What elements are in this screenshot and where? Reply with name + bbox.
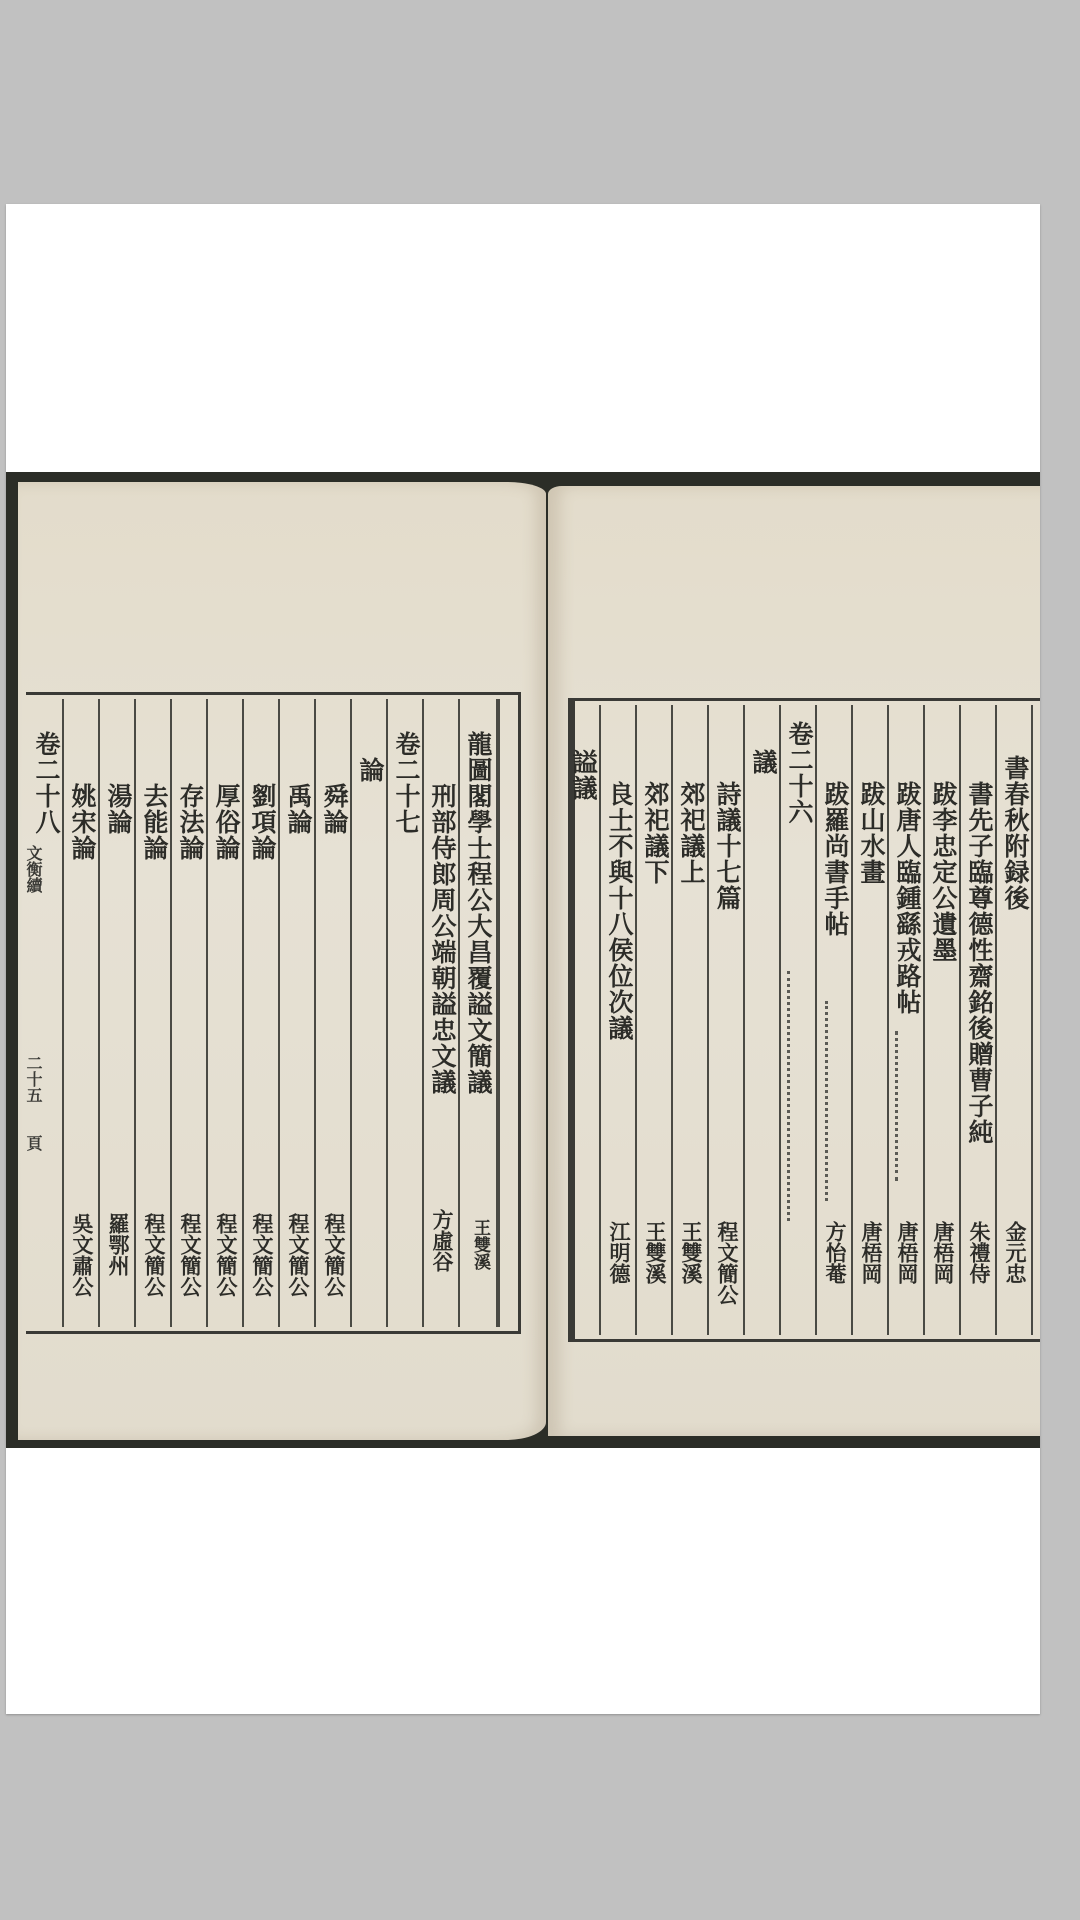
column-rule [170,699,172,1327]
toc-title: 劉項論 [246,783,278,861]
left-page: 文衡續 二十五 頁 龍圖閣學士程公大昌覆謚文簡議 王雙溪 刑部侍郎周公端朝謚忠文… [18,482,546,1440]
toc-author: 朱禮侍 [967,1221,991,1284]
toc-title: 存法論 [174,783,206,861]
toc-title: 跋李忠定公遺墨 [927,781,959,963]
toc-title: 去能論 [138,783,170,861]
toc-title: 良士不與十八侯位次議 [603,781,635,1041]
column-rule [1031,705,1033,1335]
column-rule [815,705,817,1335]
toc-author: 唐梧岡 [895,1221,919,1284]
toc-title: 姚宋論 [66,783,98,861]
column-rule [671,705,673,1335]
section-heading: 謚議 [567,749,599,801]
blockheart-chapter: 二十五 [1039,1121,1040,1169]
blockheart-chapter: 二十五 [22,1055,45,1103]
toc-author: 唐梧岡 [859,1221,883,1284]
column-rule [995,705,997,1335]
column-rule [635,705,637,1335]
toc-title: 龍圖閣學士程公大昌覆謚文簡議 [462,731,494,1095]
column-rule [707,705,709,1335]
volume-heading: 卷二十七 [390,731,422,835]
toc-author: 江明德 [607,1221,631,1284]
column-rule [62,699,64,1327]
column-rule [206,699,208,1327]
column-rule [458,699,460,1327]
blockheart-title: 次目録 [1039,711,1040,759]
toc-author: 王雙溪 [643,1221,667,1284]
column-rule [743,705,745,1335]
column-rule [98,699,100,1327]
toc-author: 程文簡公 [322,1213,346,1297]
toc-title: 刑部侍郎周公端朝謚忠文議 [426,783,458,1095]
toc-title: 郊祀議下 [639,781,671,885]
right-printed-block: 次目録 二十五 書春秋附録後 金元忠 書先子臨尊德性齋銘後贈曹子純 朱禮侍 跋李… [568,698,1040,1342]
ink-smudge [895,1031,904,1181]
toc-author: 羅鄂州 [106,1213,130,1276]
toc-author: 程文簡公 [286,1213,310,1297]
column-rule [386,699,388,1327]
toc-title: 舜論 [318,783,350,835]
toc-author: 程文簡公 [178,1213,202,1297]
column-rule [887,705,889,1335]
toc-title: 湯論 [102,783,134,835]
column-rule [350,699,352,1327]
left-printed-block: 文衡續 二十五 頁 龍圖閣學士程公大昌覆謚文簡議 王雙溪 刑部侍郎周公端朝謚忠文… [26,692,521,1334]
book-scan-image: 文衡續 二十五 頁 龍圖閣學士程公大昌覆謚文簡議 王雙溪 刑部侍郎周公端朝謚忠文… [6,472,1040,1448]
ink-smudge [787,971,796,1221]
column-rule [923,705,925,1335]
column-rule [959,705,961,1335]
toc-author: 王雙溪 [470,1219,490,1270]
toc-author: 王雙溪 [679,1221,703,1284]
toc-title: 厚俗論 [210,783,242,861]
toc-title: 跋山水畫 [855,781,887,885]
toc-title: 詩議十七篇 [711,781,743,911]
column-rule [134,699,136,1327]
toc-author: 程文簡公 [214,1213,238,1297]
column-rule [599,705,601,1335]
column-rule [314,699,316,1327]
toc-author: 吳文肅公 [70,1213,94,1297]
toc-title: 跋羅尚書手帖 [819,781,851,937]
section-heading: 議 [747,749,779,775]
toc-title: 書先子臨尊德性齋銘後贈曹子純 [963,781,995,1145]
column-rule [242,699,244,1327]
section-heading: 論 [354,757,386,783]
toc-author: 方虛谷 [430,1209,454,1272]
blockheart-page: 頁 [22,1135,45,1151]
toc-author: 程文簡公 [142,1213,166,1297]
column-rule [851,705,853,1335]
column-rule [278,699,280,1327]
column-rule [496,699,500,1327]
toc-title: 跋唐人臨鍾繇戎路帖 [891,781,923,1015]
blockheart-title: 文衡續 [22,845,45,893]
toc-author: 程文簡公 [715,1221,739,1305]
toc-title: 書春秋附録後 [999,755,1031,911]
right-page: 次目録 二十五 書春秋附録後 金元忠 書先子臨尊德性齋銘後贈曹子純 朱禮侍 跋李… [548,486,1040,1436]
volume-heading: 卷二十八 [30,731,62,835]
column-rule [422,699,424,1327]
toc-author: 程文簡公 [250,1213,274,1297]
ink-smudge [825,1001,834,1201]
volume-heading: 卷二十六 [783,721,815,825]
toc-title: 禹論 [282,783,314,835]
toc-title: 郊祀議上 [675,781,707,885]
column-rule [779,705,781,1335]
toc-author: 金元忠 [1003,1221,1027,1284]
toc-author: 方怡菴 [823,1221,847,1284]
toc-author: 唐梧岡 [931,1221,955,1284]
